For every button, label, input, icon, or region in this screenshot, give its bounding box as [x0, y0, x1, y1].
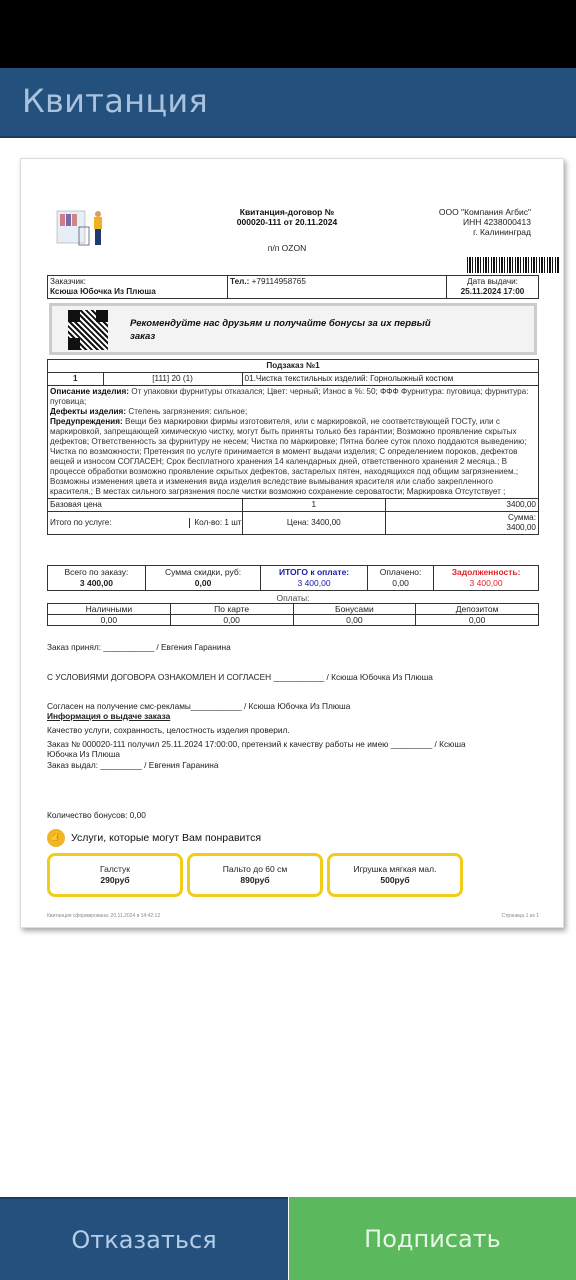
receipt-title: Квитанция-договор № 000020-111 от 20.11.… [197, 207, 377, 227]
totals-table: Всего по заказу:3 400,00 Сумма скидки, р… [47, 565, 539, 591]
thumbs-up-icon [47, 829, 65, 847]
receipt-document[interactable]: Квитанция-договор № 000020-111 от 20.11.… [20, 158, 564, 928]
customer-phone: +79114958765 [252, 277, 306, 286]
customer-name: Ксюша Юбочка Из Плюша [50, 287, 225, 297]
referral-promo: Рекомендуйте нас друзьям и получайте бон… [49, 303, 537, 355]
issued-by: Заказ выдал: _________ / Евгения Гаранин… [47, 760, 219, 770]
page-title: Квитанция [22, 82, 208, 120]
qr-code-icon [68, 310, 108, 350]
customer-table: Заказчик: Ксюша Юбочка Из Плюша Тел.: +7… [47, 275, 539, 299]
sms-consent: Согласен на получение смс-рекламы_______… [47, 701, 350, 711]
issue-info-title: Информация о выдаче заказа [47, 711, 170, 721]
issue-date: 25.11.2024 17:00 [449, 287, 536, 297]
generated-timestamp: Квитанция сформирована: 20.11.2024 в 14:… [47, 913, 160, 919]
receipt-subtitle: п/п OZON [197, 243, 377, 253]
contract-agreement: С УСЛОВИЯМИ ДОГОВОРА ОЗНАКОМЛЕН И СОГЛАС… [47, 672, 433, 682]
recommendations-title: Услуги, которые могут Вам понравится [47, 829, 261, 847]
decline-button[interactable]: Отказаться [0, 1197, 288, 1280]
status-bar [0, 0, 576, 68]
recommendations-list: Галстук290руб Пальто до 60 см890руб Игру… [47, 853, 463, 897]
payments-table: Наличными По карте Бонусами Депозитом 0,… [47, 603, 539, 626]
suborder-table: Подзаказ №1 1 [111] 20 (1) 01.Чистка тек… [47, 359, 539, 535]
sign-button[interactable]: Подписать [289, 1197, 576, 1280]
company-info: ООО "Компания Агбис" ИНН 4238000413 г. К… [439, 207, 531, 237]
page-number: Страница 1 из 1 [502, 913, 539, 919]
recommendation-card[interactable]: Пальто до 60 см890руб [187, 853, 323, 897]
recommendation-card[interactable]: Игрушка мягкая мал.500руб [327, 853, 463, 897]
dry-cleaner-logo-icon [55, 205, 111, 251]
accepted-by: Заказ принял: ___________ / Евгения Гара… [47, 642, 231, 652]
service-name: 01.Чистка текстильных изделий: Горнолыжн… [242, 373, 538, 386]
app-header: Квитанция [0, 68, 576, 138]
recommendation-card[interactable]: Галстук290руб [47, 853, 183, 897]
bonus-count: Количество бонусов: 0,00 [47, 810, 146, 820]
barcode [467, 257, 559, 273]
